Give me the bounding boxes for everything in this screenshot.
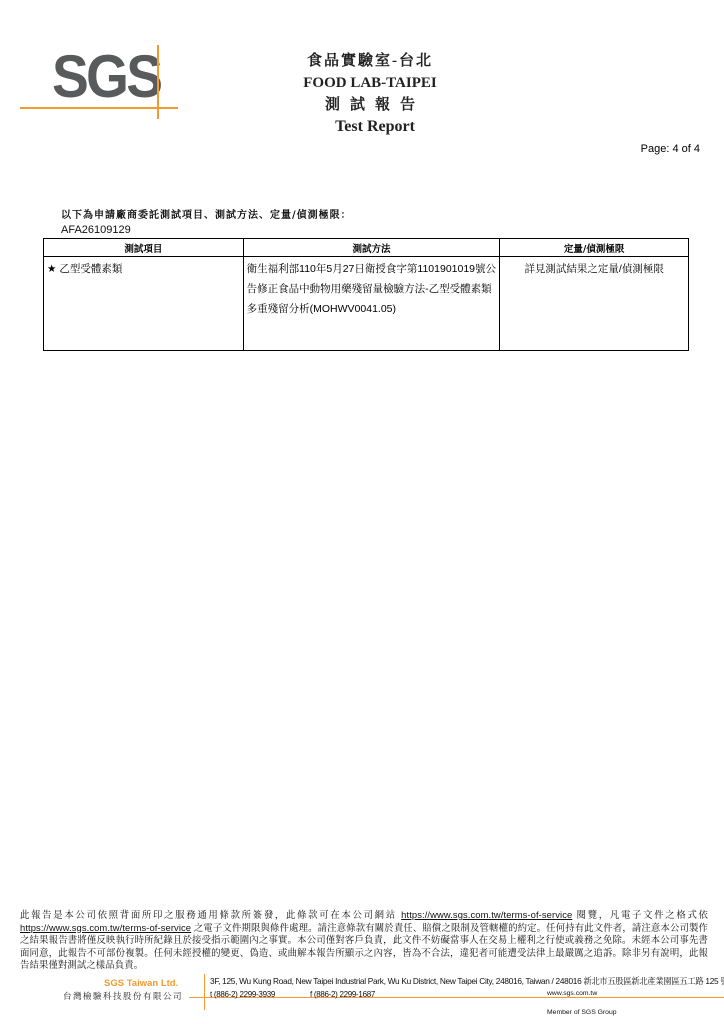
report-title-en: Test Report <box>270 116 470 138</box>
company-website[interactable]: www.sgs.com.tw <box>547 990 597 997</box>
company-address: 3F, 125, Wu Kung Road, New Taipei Indust… <box>210 975 724 987</box>
header-detection-limit: 定量/偵測極限 <box>500 239 689 257</box>
disclaimer-text-1: 此報告是本公司依照背面所印之服務通用條款所簽發，此條款可在本公司網站 <box>20 909 401 920</box>
lab-name-cn: 食品實驗室-台北 <box>270 50 470 72</box>
report-number: AFA26109129 <box>61 224 131 236</box>
lab-name-en: FOOD LAB-TAIPEI <box>270 72 470 94</box>
logo-horizontal-line <box>20 107 178 109</box>
cell-test-method: 衛生福利部110年5月27日衛授食字第1101901019號公告修正食品中動物用… <box>243 257 500 351</box>
cell-test-item: ★ 乙型受體素類 <box>44 257 244 351</box>
table-row: ★ 乙型受體素類 衛生福利部110年5月27日衛授食字第1101901019號公… <box>44 257 689 351</box>
terms-link-2[interactable]: https://www.sgs.com.tw/terms-of-service <box>20 922 191 933</box>
footer-vertical-divider <box>204 974 205 1010</box>
intro-heading: 以下為申請廠商委託測試項目、測試方法、定量/偵測極限： <box>61 206 352 221</box>
member-of-group: Member of SGS Group <box>547 1009 617 1016</box>
legal-disclaimer: 此報告是本公司依照背面所印之服務通用條款所簽發，此條款可在本公司網站 https… <box>20 909 708 972</box>
terms-link-1[interactable]: https://www.sgs.com.tw/terms-of-service <box>401 909 572 920</box>
cell-detection-limit: 詳見測試結果之定量/偵測極限 <box>500 257 689 351</box>
logo-text: SGS <box>52 47 160 107</box>
company-fax: f (886-2) 2299-1687 <box>310 990 375 999</box>
test-items-table: 測試項目 測試方法 定量/偵測極限 ★ 乙型受體素類 衛生福利部110年5月27… <box>43 238 689 351</box>
company-phone: t (886-2) 2299-3939 <box>210 990 275 999</box>
report-title-cn: 測試報告 <box>270 94 470 116</box>
table-header-row: 測試項目 測試方法 定量/偵測極限 <box>44 239 689 257</box>
logo-vertical-line <box>157 45 159 119</box>
sgs-logo: SGS <box>0 30 200 130</box>
header-test-item: 測試項目 <box>44 239 244 257</box>
company-name-en: SGS Taiwan Ltd. <box>104 978 178 989</box>
page-number: Page: 4 of 4 <box>641 143 700 155</box>
header-test-method: 測試方法 <box>243 239 500 257</box>
company-name-cn: 台灣檢驗科技股份有限公司 <box>63 990 183 1002</box>
disclaimer-text-2: 閱覽，凡電子文件之格式依 <box>572 909 708 920</box>
report-header: 食品實驗室-台北 FOOD LAB-TAIPEI 測試報告 Test Repor… <box>270 50 470 138</box>
